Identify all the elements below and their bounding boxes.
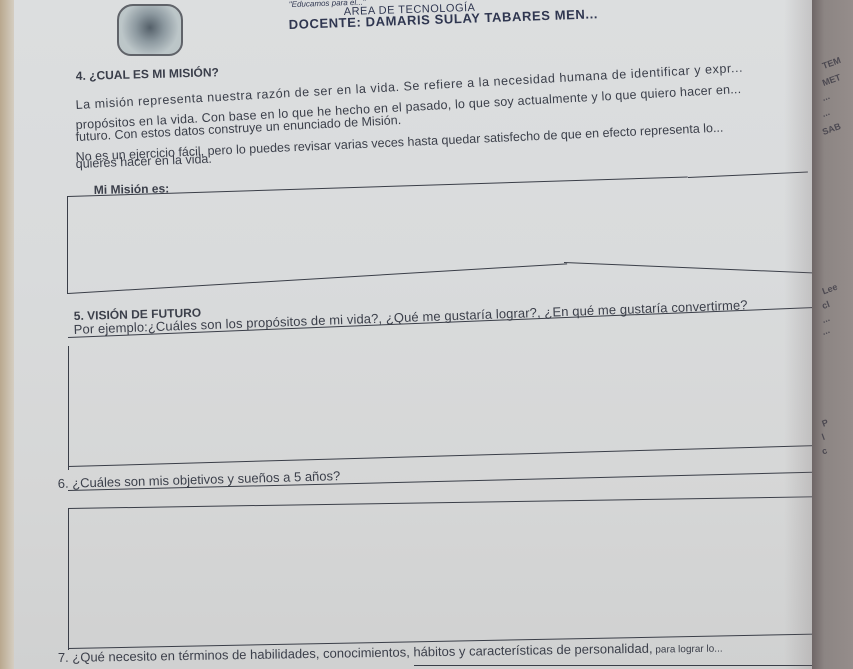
divider-line [414,665,828,666]
divider-line [564,262,824,274]
adjacent-page-text: ... [821,313,831,325]
adjacent-page-text: P [820,417,829,428]
divider-line [688,172,808,178]
adjacent-page-text: MET [821,72,842,88]
adjacent-page-text: Lee [821,282,839,297]
section-7-title-text: 7. ¿Qué necesito en términos de habilida… [58,641,653,665]
adjacent-page: TEM MET ... ... SAB Lee cl ... ... P l c [812,0,853,669]
adjacent-page-text: c [820,445,828,456]
adjacent-page-text: ... [821,325,831,337]
adjacent-page-text: ... [821,91,831,103]
section-4-title: 4. ¿CUAL ES MI MISIÓN? [76,65,219,83]
adjacent-page-text: SAB [821,121,842,137]
vision-answer-box[interactable] [68,346,69,470]
section-7-title-tail: para lograr lo... [652,644,722,656]
worksheet-page: "Educamos para el..." AREA DE TECNOLOGÍA… [14,0,814,669]
adjacent-page-text: cl [821,299,831,311]
goals-answer-box[interactable] [68,508,69,650]
divider-line [68,496,828,509]
section-7-title: 7. ¿Qué necesito en términos de habilida… [58,640,723,665]
mission-answer-box[interactable] [67,196,68,294]
school-logo-icon [117,4,183,56]
divider-line [68,445,828,467]
divider-line [68,263,567,294]
adjacent-page-text: TEM [821,55,842,71]
adjacent-page-text: ... [821,107,831,119]
adjacent-page-text: l [820,432,826,442]
